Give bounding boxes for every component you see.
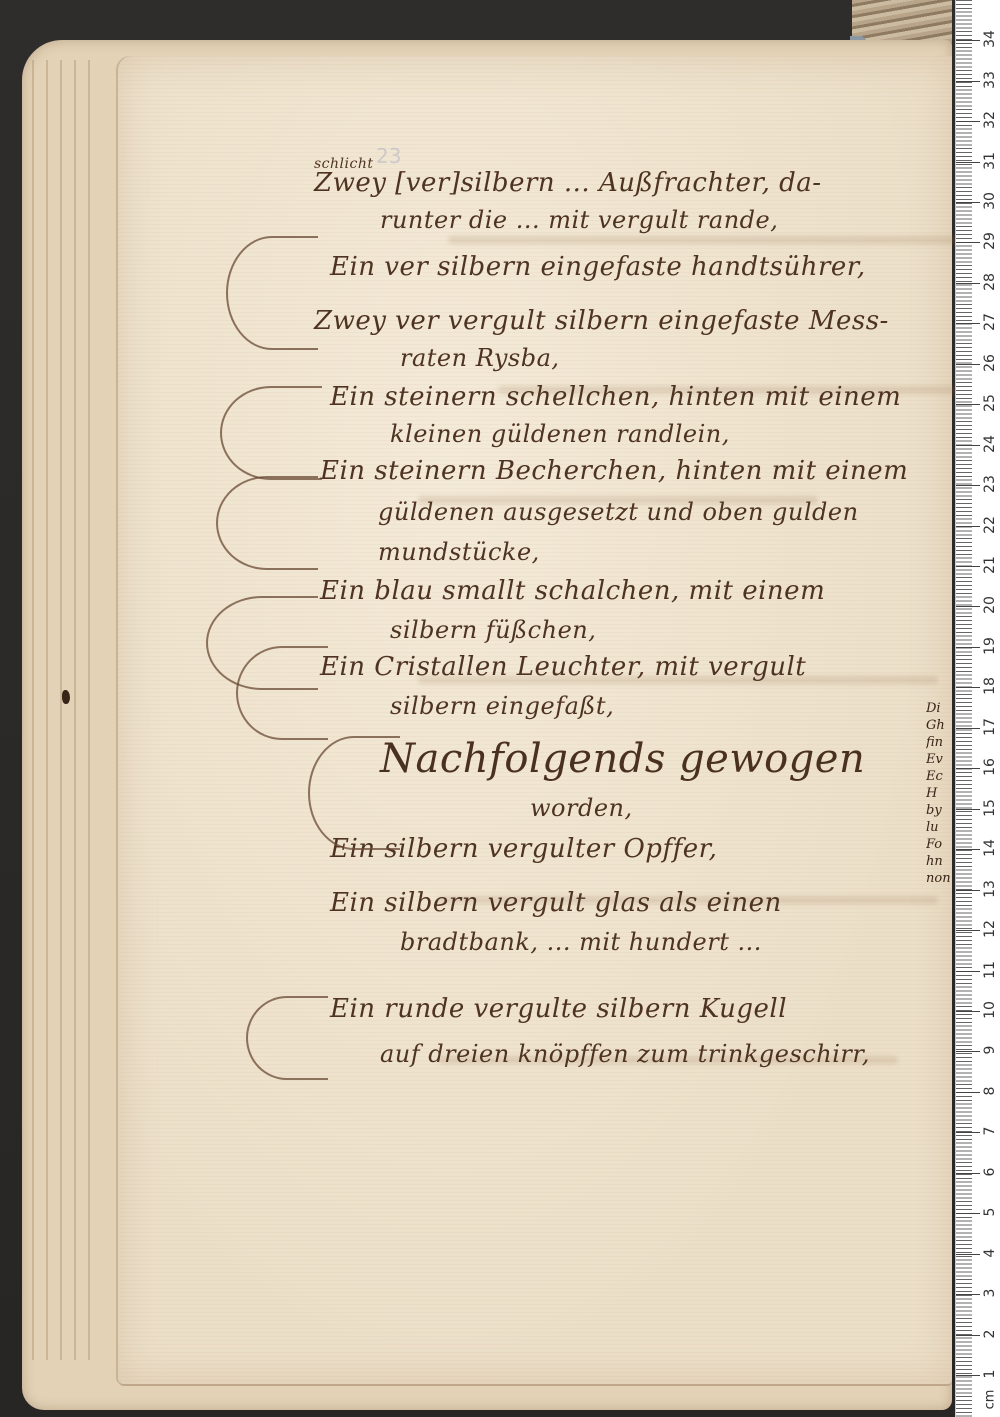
- ruler-major-tick: [956, 1254, 980, 1255]
- flourish-icon: [236, 646, 328, 740]
- ruler-label: 12: [982, 919, 998, 939]
- ruler-major-tick: [956, 606, 980, 607]
- entry-line: Ein runde vergulte silbern Kugell: [330, 994, 787, 1024]
- ruler-unit: cm: [982, 1390, 997, 1410]
- ruler-major-tick: [956, 1173, 980, 1174]
- ruler-label: 5: [982, 1202, 998, 1222]
- flourish-icon: [220, 386, 322, 480]
- ruler-label: 25: [982, 393, 998, 413]
- ruler-major-tick: [956, 404, 980, 405]
- ruler-major-tick: [956, 1375, 980, 1376]
- ruler-major-tick: [956, 81, 980, 82]
- entry-line: silbern füßchen,: [390, 616, 596, 644]
- ruler-major-tick: [956, 1132, 980, 1133]
- entry-line: raten Rysba,: [400, 344, 560, 372]
- ruler-major-tick: [956, 1294, 980, 1295]
- ruler-major-tick: [956, 526, 980, 527]
- section-heading: Nachfolgends gewogen: [380, 736, 865, 782]
- ink-blot: [62, 690, 70, 704]
- ruler-major-tick: [956, 930, 980, 931]
- entry-line: bradtbank, ... mit hundert ...: [400, 928, 762, 956]
- ruler-major-tick: [956, 1092, 980, 1093]
- ruler-label: 20: [982, 595, 998, 615]
- ruler-ticks: [956, 0, 972, 1417]
- manuscript-text: schlicht Zwey [ver]silbern ... Außfracht…: [118, 56, 952, 1384]
- ruler-label: 22: [982, 515, 998, 535]
- ruler-label: 19: [982, 636, 998, 656]
- entry-line: Zwey [ver]silbern ... Außfrachter, da-: [314, 168, 822, 198]
- ruler-major-tick: [956, 890, 980, 891]
- ruler-major-tick: [956, 202, 980, 203]
- ruler-label: 9: [982, 1040, 998, 1060]
- ruler-major-tick: [956, 242, 980, 243]
- ruler-label: 21: [982, 555, 998, 575]
- ruler-label: 29: [982, 231, 998, 251]
- ruler-label: 2: [982, 1324, 998, 1344]
- ruler-label: 26: [982, 353, 998, 373]
- manuscript-page: 23 schlicht Zwey [ver]silbern ... Außfra…: [118, 56, 952, 1384]
- ruler-label: 27: [982, 312, 998, 332]
- ruler-major-tick: [956, 687, 980, 688]
- ruler-major-tick: [956, 809, 980, 810]
- flourish-icon: [226, 236, 318, 350]
- ruler-major-tick: [956, 485, 980, 486]
- ruler-major-tick: [956, 162, 980, 163]
- entry-line: Ein silbern vergult glas als einen: [330, 888, 782, 918]
- entry-line: güldenen ausgesetzt und oben gulden: [378, 498, 859, 526]
- ruler-major-tick: [956, 40, 980, 41]
- ruler-major-tick: [956, 1051, 980, 1052]
- ruler-major-tick: [956, 768, 980, 769]
- ruler-label: 24: [982, 434, 998, 454]
- ruler-label: 28: [982, 272, 998, 292]
- entry-line: Ein steinern Becherchen, hinten mit eine…: [320, 456, 908, 486]
- ruler-label: 16: [982, 757, 998, 777]
- flourish-icon: [308, 736, 400, 850]
- ruler-major-tick: [956, 445, 980, 446]
- ruler-major-tick: [956, 1213, 980, 1214]
- ruler-major-tick: [956, 283, 980, 284]
- ruler-label: 23: [982, 474, 998, 494]
- section-subheading: worden,: [530, 794, 633, 822]
- ruler-major-tick: [956, 566, 980, 567]
- ruler-major-tick: [956, 323, 980, 324]
- cm-ruler: 1234567891011121314151617181920212223242…: [955, 0, 1000, 1417]
- ruler-major-tick: [956, 121, 980, 122]
- ruler-label: 34: [982, 29, 998, 49]
- ruler-label: 3: [982, 1283, 998, 1303]
- ruler-major-tick: [956, 849, 980, 850]
- entry-line: auf dreien knöpffen zum trinkgeschirr,: [380, 1040, 870, 1068]
- entry-line: runter die ... mit vergult rande,: [380, 206, 778, 234]
- entry-line: Ein blau smallt schalchen, mit einem: [320, 576, 825, 606]
- entry-line: silbern eingefaßt,: [390, 692, 614, 720]
- entry-line: Ein Cristallen Leuchter, mit vergult: [320, 652, 806, 682]
- entry-line: Ein steinern schellchen, hinten mit eine…: [330, 382, 901, 412]
- ruler-major-tick: [956, 647, 980, 648]
- ruler-major-tick: [956, 728, 980, 729]
- ruler-major-tick: [956, 971, 980, 972]
- ruler-label: 31: [982, 151, 998, 171]
- ruler-label: 7: [982, 1121, 998, 1141]
- ruler-major-tick: [956, 364, 980, 365]
- ruler-label: 17: [982, 717, 998, 737]
- ruler-label: 6: [982, 1162, 998, 1182]
- ruler-label: 8: [982, 1081, 998, 1101]
- ruler-label: 14: [982, 838, 998, 858]
- ruler-label: 15: [982, 798, 998, 818]
- entry-line: Zwey ver vergult silbern eingefaste Mess…: [314, 306, 889, 336]
- ruler-label: 13: [982, 879, 998, 899]
- ruler-label: 18: [982, 676, 998, 696]
- entry-line: Ein ver silbern eingefaste handtsührer,: [330, 252, 866, 282]
- flourish-icon: [246, 996, 328, 1080]
- ruler-major-tick: [956, 1011, 980, 1012]
- ruler-label: 33: [982, 70, 998, 90]
- entry-line: mundstücke,: [378, 538, 540, 566]
- ruler-label: 11: [982, 960, 998, 980]
- ruler-label: 1: [982, 1364, 998, 1384]
- entry-line: kleinen güldenen randlein,: [390, 420, 730, 448]
- marginal-note: Di Gh fin Ev Ec H by lu Fo hn non: [926, 700, 952, 890]
- ruler-label: 32: [982, 110, 998, 130]
- leaf-edges: [32, 60, 92, 1360]
- ruler-label: 4: [982, 1243, 998, 1263]
- ruler-major-tick: [956, 1335, 980, 1336]
- ruler-label: 30: [982, 191, 998, 211]
- flourish-icon: [216, 476, 318, 570]
- ruler-label: 10: [982, 1000, 998, 1020]
